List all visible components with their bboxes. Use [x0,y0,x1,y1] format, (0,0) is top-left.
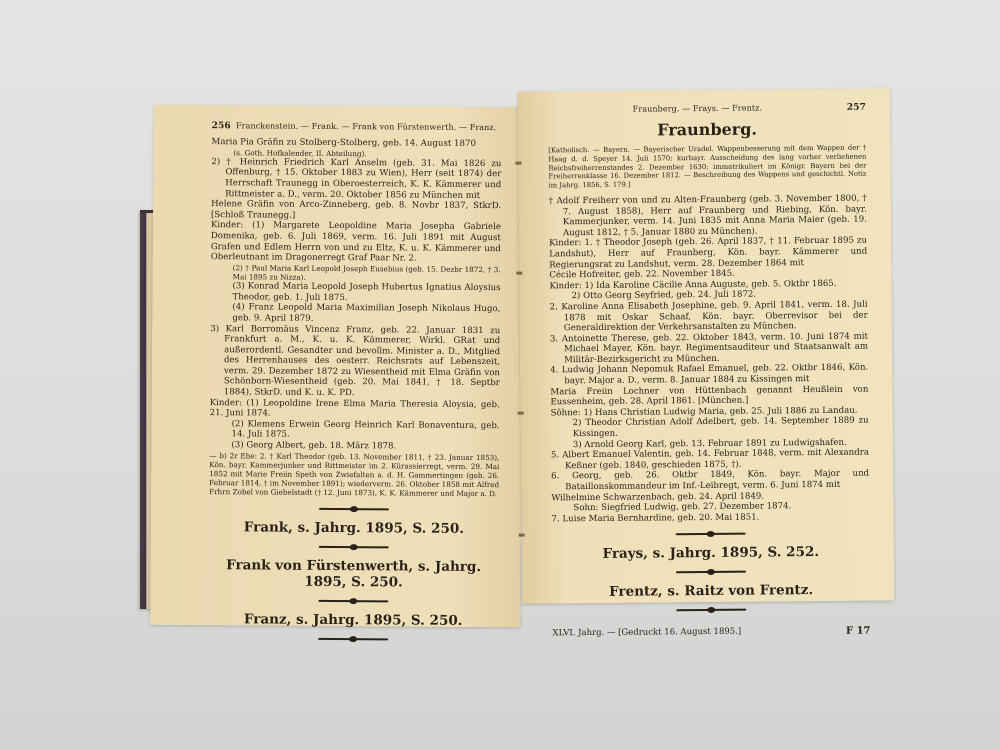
ornament-divider [318,638,388,640]
entry: (4) Franz Leopold Maria Maximilian Josep… [210,302,500,325]
signature-mark: F 17 [846,626,871,637]
family-description: [Katholisch. — Bayern. — Bayerischer Ura… [548,144,866,191]
entry: (2) Klemens Erwein Georg Heinrich Karl B… [209,419,499,442]
entry: Kinder: (1) Leopoldine Irene Elma Maria … [210,398,500,421]
section-title: Fraunberg. [548,119,866,141]
binding-thread [518,412,524,415]
binding-thread [515,162,521,165]
ornament-divider [676,571,746,574]
entry: 6. Georg, geb. 26. Oktbr 1849, Kön. bayr… [551,469,869,493]
binding-thread [519,534,525,537]
running-head: Fraunberg. — Frays. — Frentz. 257 [548,103,866,116]
page-footer: XLVI. Jahrg. — [Gedruckt 16. August 1895… [552,626,870,640]
entry: — b) 2r Ehe: 2. † Karl Theodor (geb. 13.… [209,451,499,499]
left-page: 256 Franckenstein. — Frank. — Frank von … [150,105,524,628]
entry: (3) Konrad Maria Leopold Joseph Hubertus… [210,281,500,304]
entry: 2. Karoline Anna Elisabeth Josephine, ge… [550,300,868,335]
cross-reference: Frays, s. Jahrg. 1895, S. 252. [552,544,870,563]
entry: 3) Karl Borromäus Vincenz Franz, geb. 22… [210,324,501,400]
entry: Kinder: (1) Margarete Leopoldine Maria J… [211,220,501,264]
entry: 2) † Heinrich Friedrich Karl Anselm (geb… [211,157,501,201]
right-page: Fraunberg. — Frays. — Frentz. 257 Fraunb… [518,88,894,603]
cross-reference: Frentz, s. Raitz von Frentz. [552,582,870,601]
ornament-divider [319,508,389,510]
entry: 4. Ludwig Johann Nepomuk Rafael Emanuel,… [550,363,868,387]
cross-reference: Frank, s. Jahrg. 1895, S. 250. [209,519,499,537]
cross-reference: Franz, s. Jahrg. 1895, S. 250. [208,611,498,629]
entry: 3. Antoinette Therese, geb. 22. Oktober … [550,331,868,366]
entry: (2) † Paul Maria Karl Leopold Joseph Eus… [211,263,501,283]
entry: 2) Theodor Christian Adolf Adelbert, geb… [551,416,869,440]
footer-imprint: XLVI. Jahrg. — [Gedruckt 16. August 1895… [552,627,741,640]
running-head: 256 Franckenstein. — Frank. — Frank von … [212,121,502,133]
entry: † Adolf Freiherr von und zu Alten-Fraunb… [549,194,867,239]
page-number: 256 [212,121,231,131]
binding-thread [516,272,522,275]
running-head-text: Franckenstein. — Frank. — Frank von Fürs… [231,121,502,133]
running-head-text: Fraunberg. — Frays. — Frentz. [548,103,847,116]
ornament-divider [318,600,388,602]
ornament-divider [676,533,746,536]
entry: Kinder: 1. † Theodor Joseph (geb. 26. Ap… [549,236,867,271]
page-number: 257 [847,103,866,113]
entry: 5. Albert Emanuel Valentin, geb. 14. Feb… [551,448,869,472]
ornament-divider [676,609,746,612]
entry: 7. Luise Maria Bernhardine, geb. 20. Mai… [551,511,869,524]
entry: Helene Gräfin von Arco-Zinneberg, geb. 8… [211,199,501,222]
cross-reference: Frank von Fürstenwerth, s. Jahrg. 1895, … [208,557,498,591]
ornament-divider [319,546,389,548]
entry: Maria Freiin Lochner von Hüttenbach gena… [550,384,868,408]
